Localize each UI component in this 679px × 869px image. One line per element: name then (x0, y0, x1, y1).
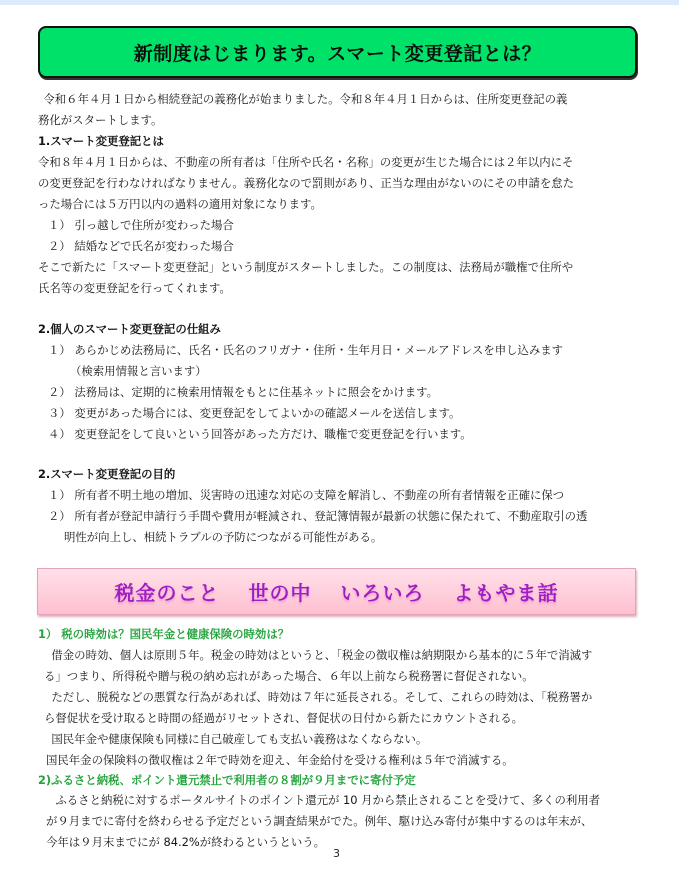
tax-topic1-line-6: 国民年金の保険料の徴収権は２年で時効を迎え、年金給付を受ける権利は５年で消滅する… (46, 753, 514, 768)
section2-item-1-note: （検索用情報と言います） (70, 364, 207, 379)
section3-item-2: ２） 所有者が登記申請行う手間や費用が軽減され、登記簿情報が最新の状態に保たれて… (48, 509, 587, 524)
section2-item-1: １） あらかじめ法務局に、氏名・氏名のフリガナ・住所・生年月日・メールアドレスを… (48, 343, 563, 358)
section1-paragraph-line-3: った場合には５万円以内の過料の適用対象になります。 (38, 197, 322, 212)
section3-item-2-cont: 明性が向上し、相続トラブルの予防につながる可能性がある。 (64, 530, 382, 545)
tax-topic1-line-2: る」つまり、所得税や贈与税の納め忘れがあった場合、６年以上前なら税務署に督促され… (44, 669, 534, 684)
section2-item-4: ４） 変更登記をして良いという回答があった方だけ、職権で変更登記を行います。 (48, 427, 472, 442)
banner-title: 新制度はじまります。スマート変更登記とは？ (134, 39, 542, 66)
tax-topic1-line-3: ただし、脱税などの悪質な行為があれば、時効は７年に延長される。そして、これらの時… (40, 690, 592, 705)
tax-topic1-line-4: ら督促状を受け取ると時間の経過がリセットされ、督促状の日付から新たにカウントされ… (44, 711, 523, 726)
tax-column-banner: 税金のこと 世の中 いろいろ よもやま話 (37, 568, 636, 615)
banner-part-4: よもやま話 (453, 577, 558, 606)
section1-closing-line-1: そこで新たに「スマート変更登記」という制度がスタートしました。この制度は、法務局… (38, 260, 573, 275)
section3-heading: 2.スマート変更登記の目的 (38, 467, 175, 482)
intro-line-1: 令和６年４月１日から相続登記の義務化が始まりました。令和８年４月１日からは、住所… (32, 92, 567, 107)
tax-topic2-line-1: ふるさと納税に対するポータルサイトのポイント還元が 10 月から禁止されることを… (44, 793, 600, 808)
section1-paragraph-line-1: 令和８年４月１日からは、不動産の所有者は「住所や氏名・名称」の変更が生じた場合に… (38, 155, 573, 170)
section2-item-3: ３） 変更があった場合には、変更登記をしてよいかの確認メールを送信します。 (48, 406, 460, 421)
tax-topic1-line-1: 借金の時効、個人は原則５年。税金の時効はというと、「税金の徴収権は納期限から基本… (40, 648, 592, 663)
section2-item-2: ２） 法務局は、定期的に検索用情報をもとに住基ネットに照会をかけます。 (48, 385, 438, 400)
intro-line-2: 務化がスタートします。 (38, 113, 162, 128)
section1-closing-line-2: 氏名等の変更登記を行ってくれます。 (38, 281, 231, 296)
tax-topic2-line-2: が９月までに寄付を終わらせる予定だという調査結果がでた。例年、駆け込み寄付が集中… (46, 814, 592, 829)
banner-part-3: いろいろ (340, 577, 424, 606)
tax-topic2-heading: 2)ふるさと納税、ポイント還元禁止で利用者の８割が９月までに寄付予定 (38, 773, 416, 788)
section1-item-2: ２） 結婚などで氏名が変わった場合 (48, 239, 234, 254)
tax-topic2-line-3: 今年は９月末までにが 84.2%が終わるというという。 (46, 835, 325, 850)
banner-part-2: 世の中 (249, 577, 312, 606)
section1-paragraph-line-2: の変更登記を行わなければなりません。義務化なので罰則があり、正当な理由がないのに… (38, 176, 574, 191)
tax-topic1-line-5: 国民年金や健康保険も同様に自己破産しても支払い義務はなくならない。 (40, 732, 427, 747)
section3-item-1: １） 所有者不明土地の増加、災害時の迅速な対応の支障を解消し、不動産の所有者情報… (48, 488, 564, 503)
top-strip (0, 0, 679, 5)
section2-heading: 2.個人のスマート変更登記の仕組み (38, 322, 221, 337)
tax-topic1-heading: 1） 税の時効は？国民年金と健康保険の時効は？ (38, 627, 289, 642)
section1-item-1: １） 引っ越しで住所が変わった場合 (48, 218, 234, 233)
page-number: 3 (333, 847, 340, 860)
section1-heading: 1.スマート変更登記とは (38, 134, 164, 149)
banner-part-1: 税金のこと (115, 577, 220, 606)
smart-registration-banner: 新制度はじまります。スマート変更登記とは？ (38, 26, 637, 78)
